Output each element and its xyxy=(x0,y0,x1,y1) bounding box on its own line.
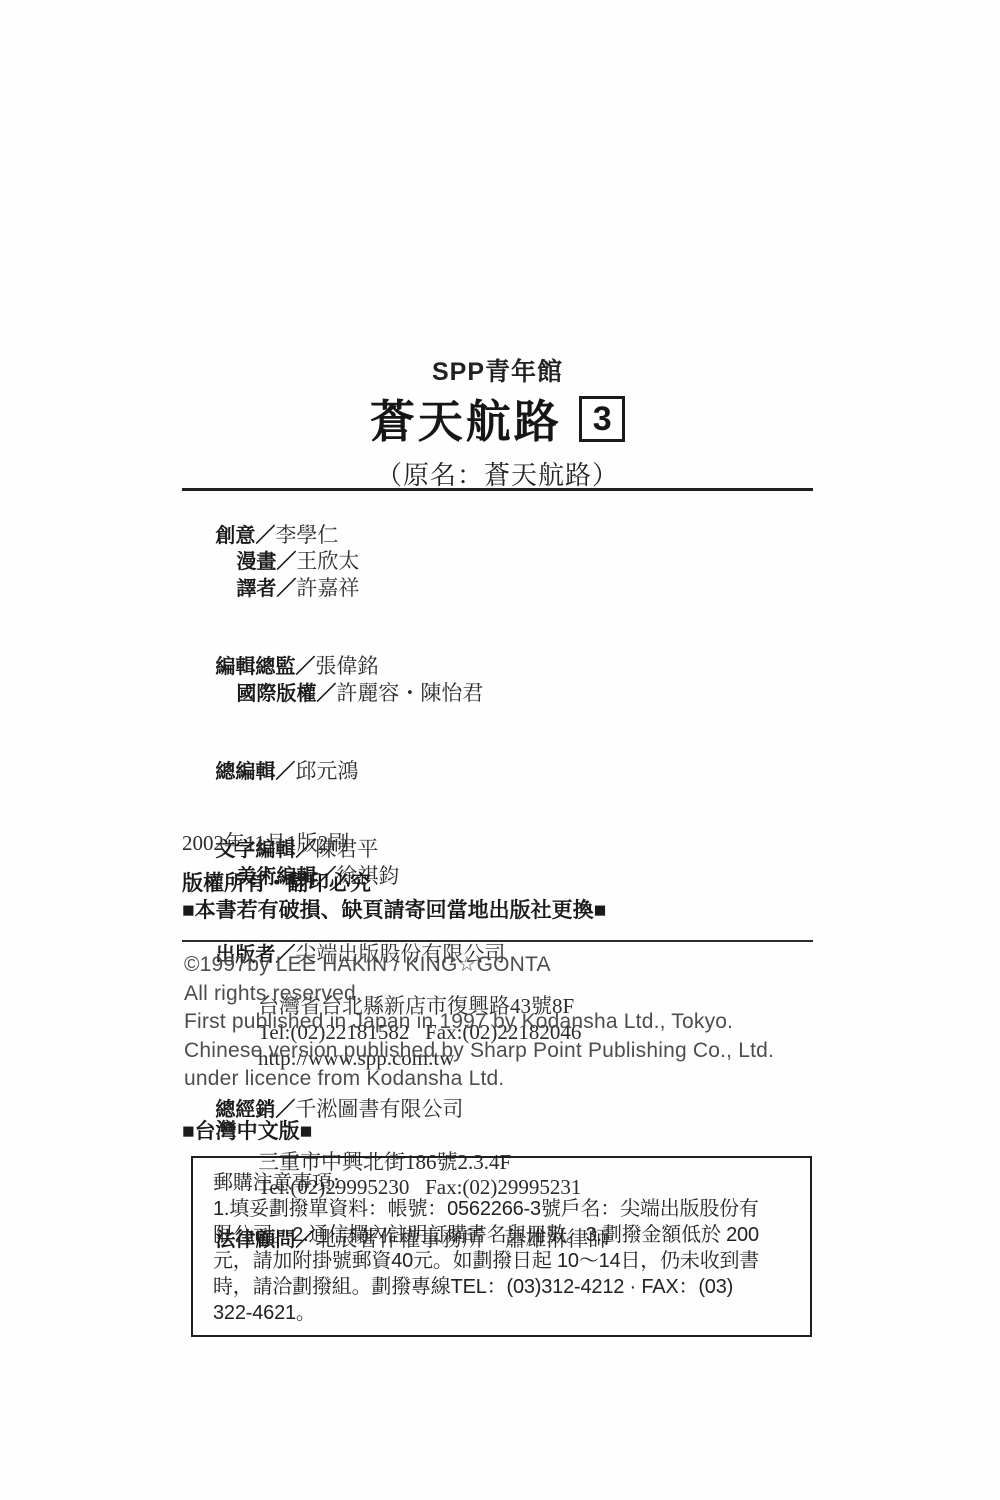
credit-pair: 譯者／許嘉祥 xyxy=(236,578,359,600)
credit-label: 編輯總監／ xyxy=(215,656,315,678)
credit-value: 張偉銘 xyxy=(315,654,378,678)
colophon-page: SPP青年館 蒼天航路 3 （原名：蒼天航路） 創意／李學仁 漫畫／王欣太 譯者… xyxy=(0,0,1000,1500)
book-title: 蒼天航路 xyxy=(370,396,562,447)
credit-label: 總編輯／ xyxy=(215,761,295,783)
divider-bottom xyxy=(182,940,813,942)
taiwan-edition-label: ■台灣中文版■ xyxy=(182,1115,312,1145)
credit-value: 許嘉祥 xyxy=(296,576,359,600)
edition-date-line: 2002年11月1版2刷 xyxy=(182,827,349,857)
book-header: SPP青年館 蒼天航路 3 （原名：蒼天航路） xyxy=(182,352,813,492)
title-row: 蒼天航路 3 xyxy=(182,394,813,450)
credit-label: 創意／ xyxy=(215,525,275,547)
first-published-line: First published in Japan in 1997 by Koda… xyxy=(184,1008,774,1037)
credit-row-creator: 創意／李學仁 漫畫／王欣太 譯者／許嘉祥 xyxy=(182,497,842,629)
all-rights-line: All rights reserved. xyxy=(184,980,774,1009)
credit-label: 譯者／ xyxy=(236,578,296,600)
credit-pair: 國際版權／許麗容・陳怡君 xyxy=(236,683,483,705)
damaged-copy-line: ■本書若有破損、缺頁請寄回當地出版社更換■ xyxy=(182,897,606,924)
credit-label: 漫畫／ xyxy=(236,551,296,573)
order-box-line: 元，請加附掛號郵資40元。如劃撥日起 10～14日，仍未收到書 xyxy=(213,1248,804,1274)
credit-row-editorial: 編輯總監／張偉銘 國際版權／許麗容・陳怡君 xyxy=(182,629,842,734)
order-box-line: 322-4621。 xyxy=(213,1300,804,1326)
credit-value: 千淞圖書有限公司 xyxy=(295,1097,463,1121)
order-box-heading: 郵購注意事項： xyxy=(213,1170,804,1196)
chinese-version-line: Chinese version published by Sharp Point… xyxy=(184,1037,774,1066)
order-box-line: 限公司。2.通信欄內註明訂購書名與冊數。3.劃撥金額低於 200 xyxy=(213,1222,804,1248)
rights-reserved-line: 版權所有・翻印必究 xyxy=(182,870,606,897)
credit-pair: 創意／李學仁 xyxy=(215,525,338,547)
divider-top xyxy=(182,488,813,491)
credit-pair: 編輯總監／張偉銘 xyxy=(215,656,378,678)
volume-number-box: 3 xyxy=(579,396,625,442)
order-box-line: 時，請洽劃撥組。劃撥專線TEL：(03)312-4212 · FAX：(03) xyxy=(213,1274,804,1300)
english-copyright-block: ©1997by LEE HAKIN / KING☆GONTA All right… xyxy=(184,951,774,1094)
credit-row-chief-editor: 總編輯／邱元鴻 xyxy=(182,733,842,811)
original-title-note: （原名：蒼天航路） xyxy=(182,455,813,492)
series-label: SPP青年館 xyxy=(182,352,813,388)
copyright-notice-block: 版權所有・翻印必究 ■本書若有破損、缺頁請寄回當地出版社更換■ xyxy=(182,870,606,924)
credit-pair: 總編輯／邱元鴻 xyxy=(215,761,358,783)
copyright-credit-line: ©1997by LEE HAKIN / KING☆GONTA xyxy=(184,951,774,980)
credit-label: 國際版權／ xyxy=(236,683,336,705)
credit-pair: 漫畫／王欣太 xyxy=(236,551,359,573)
credit-value: 李學仁 xyxy=(275,523,338,547)
credit-value: 許麗容・陳怡君 xyxy=(336,681,483,705)
credit-value: 邱元鴻 xyxy=(295,759,358,783)
credit-value: 王欣太 xyxy=(296,549,359,573)
order-box-line: 1.填妥劃撥單資料：帳號：0562266-3號戶名：尖端出版股份有 xyxy=(213,1196,804,1222)
mail-order-notice-box: 郵購注意事項： 1.填妥劃撥單資料：帳號：0562266-3號戶名：尖端出版股份… xyxy=(191,1156,812,1337)
licence-line: under licence from Kodansha Ltd. xyxy=(184,1065,774,1094)
